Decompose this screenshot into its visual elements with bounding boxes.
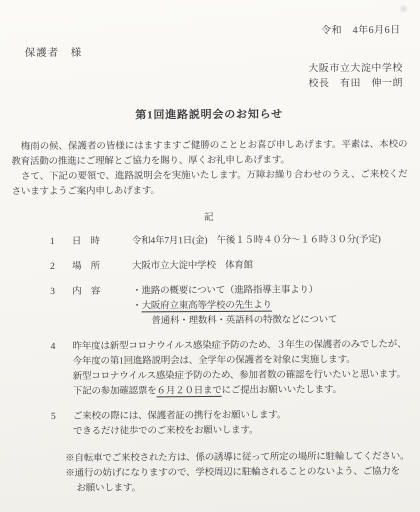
item-content: ・進路の概要について（進路指導主事より）・大阪府立東高等学校の先生より普通科・理… (132, 283, 420, 330)
content-line: 大阪市立大淀中学校 体育館 (132, 258, 412, 275)
text-run: 令和4年7月1日(金) 午後１５時４０分～１６時３０分(予定) (132, 235, 381, 247)
greeting-paragraph: 梅雨の候、保護者の皆様にはますますご健勝のこととお喜び申しあげます。平素は、本校… (11, 138, 407, 170)
item-row: 2場 所大阪市立大淀中学校 体育館 (50, 258, 420, 275)
item-number: 3 (50, 285, 72, 330)
document-date: 令和 4年6月6日 (0, 23, 419, 41)
principal-name: 校長 有田 伸一朗 (0, 76, 403, 93)
text-run: 大阪市立大淀中学校 体育館 (132, 261, 253, 272)
text-run: 普通科・理数科・英語科の特徴などについて (151, 315, 337, 326)
intro-paragraph: さて、下記の要領で、進路説明会を実施いたします。万障お繰り合わせのうえ、ご来校く… (11, 168, 407, 200)
item-number: 2 (50, 260, 72, 275)
text-run: 昨年度は新型コロナウイルス感染症予防のため、３年生の保護者のみでしたが、 (73, 340, 407, 352)
content-line: 新型コロナウイルス感染症予防のため、参加者数の確認を行いたいと思います。 (73, 368, 413, 385)
content-line: ・進路の概要について（進路指導主事より） (132, 283, 412, 300)
recipient-line: 保護者 様 (25, 44, 419, 61)
item-label: 内 容 (72, 285, 102, 330)
text-run: 下記の参加確認票を (73, 386, 157, 397)
text-run: にご提出お願いいたします。 (222, 385, 342, 396)
content-line: ・大阪府立東高等学校の先生より (132, 298, 412, 315)
item-row: 5ご来校の際には、保護者証の携行をお願いします。できるだけ徒歩でのご来校をお願い… (51, 408, 420, 440)
content-line: できるだけ徒歩でのご来校をお願いします。 (73, 423, 413, 440)
note-line: ※通行の妨げになりますので、学校周辺に駐輪されることのないよう、ご協力を (65, 465, 411, 482)
item-row: 1日 時令和4年7月1日(金) 午後１５時４０分～１６時３０分(予定) (50, 233, 420, 250)
items-list: 1日 時令和4年7月1日(金) 午後１５時４０分～１６時３０分(予定)2場 所大… (50, 233, 420, 440)
item-number: 1 (50, 235, 72, 250)
content-line: 普通科・理数科・英語科の特徴などについて (132, 313, 412, 330)
underlined-text: 大阪府立東高等学校の先生より (142, 301, 272, 312)
content-line: 昨年度は新型コロナウイルス感染症予防のため、３年生の保護者のみでしたが、 (73, 338, 413, 355)
content-line: 令和4年7月1日(金) 午後１５時４０分～１６時３０分(予定) (132, 233, 412, 250)
sender-block: 大阪市立大淀中学校 校長 有田 伸一朗 (0, 61, 419, 94)
document-title: 第1回進路説明会のお知らせ (0, 107, 419, 125)
document-page: 令和 4年6月6日 保護者 様 大阪市立大淀中学校 校長 有田 伸一朗 第1回進… (0, 0, 420, 512)
item-number: 4 (51, 340, 73, 400)
text-run: ・ (132, 301, 141, 311)
text-run: ご来校の際には、保護者証の携行をお願いします。 (73, 411, 286, 422)
item-label: 日 時 (72, 235, 102, 250)
text-run: ・進路の概要について（進路指導主事より） (132, 285, 318, 296)
text-run: 新型コロナウイルス感染症予防のため、参加者数の確認を行いたいと思います。 (73, 370, 406, 382)
underlined-text: ６月２０日まで (156, 386, 221, 396)
text-run: 今年度の第1回進路説明会は、全学年の保護者を対象に実施します。 (73, 355, 356, 367)
item-row: 4昨年度は新型コロナウイルス感染症予防のため、３年生の保護者のみでしたが、今年度… (51, 338, 420, 400)
item-label: 場 所 (72, 260, 102, 275)
item-content: 大阪市立大淀中学校 体育館 (132, 258, 420, 275)
record-marker: 記 (0, 210, 420, 228)
notes-block: ※自転車でご来校された方は、係の誘導に従って所定の場所に駐輪してください。※通行… (65, 450, 411, 497)
paper-smudge (398, 4, 408, 14)
content-line: 下記の参加確認票を６月２０日までにご提出お願いいたします。 (73, 383, 413, 400)
note-line: お願いします。 (65, 480, 411, 497)
item-row: 3内 容・進路の概要について（進路指導主事より）・大阪府立東高等学校の先生より普… (50, 283, 420, 330)
item-content: ご来校の際には、保護者証の携行をお願いします。できるだけ徒歩でのご来校をお願いし… (73, 408, 420, 440)
item-content: 令和4年7月1日(金) 午後１５時４０分～１６時３０分(予定) (132, 233, 420, 250)
body-paragraphs: 梅雨の候、保護者の皆様にはますますご健勝のこととお喜び申しあげます。平素は、本校… (11, 138, 407, 200)
text-run: できるだけ徒歩でのご来校をお願いします。 (73, 426, 258, 437)
item-number: 5 (51, 410, 73, 440)
item-content: 昨年度は新型コロナウイルス感染症予防のため、３年生の保護者のみでしたが、今年度の… (73, 338, 420, 400)
